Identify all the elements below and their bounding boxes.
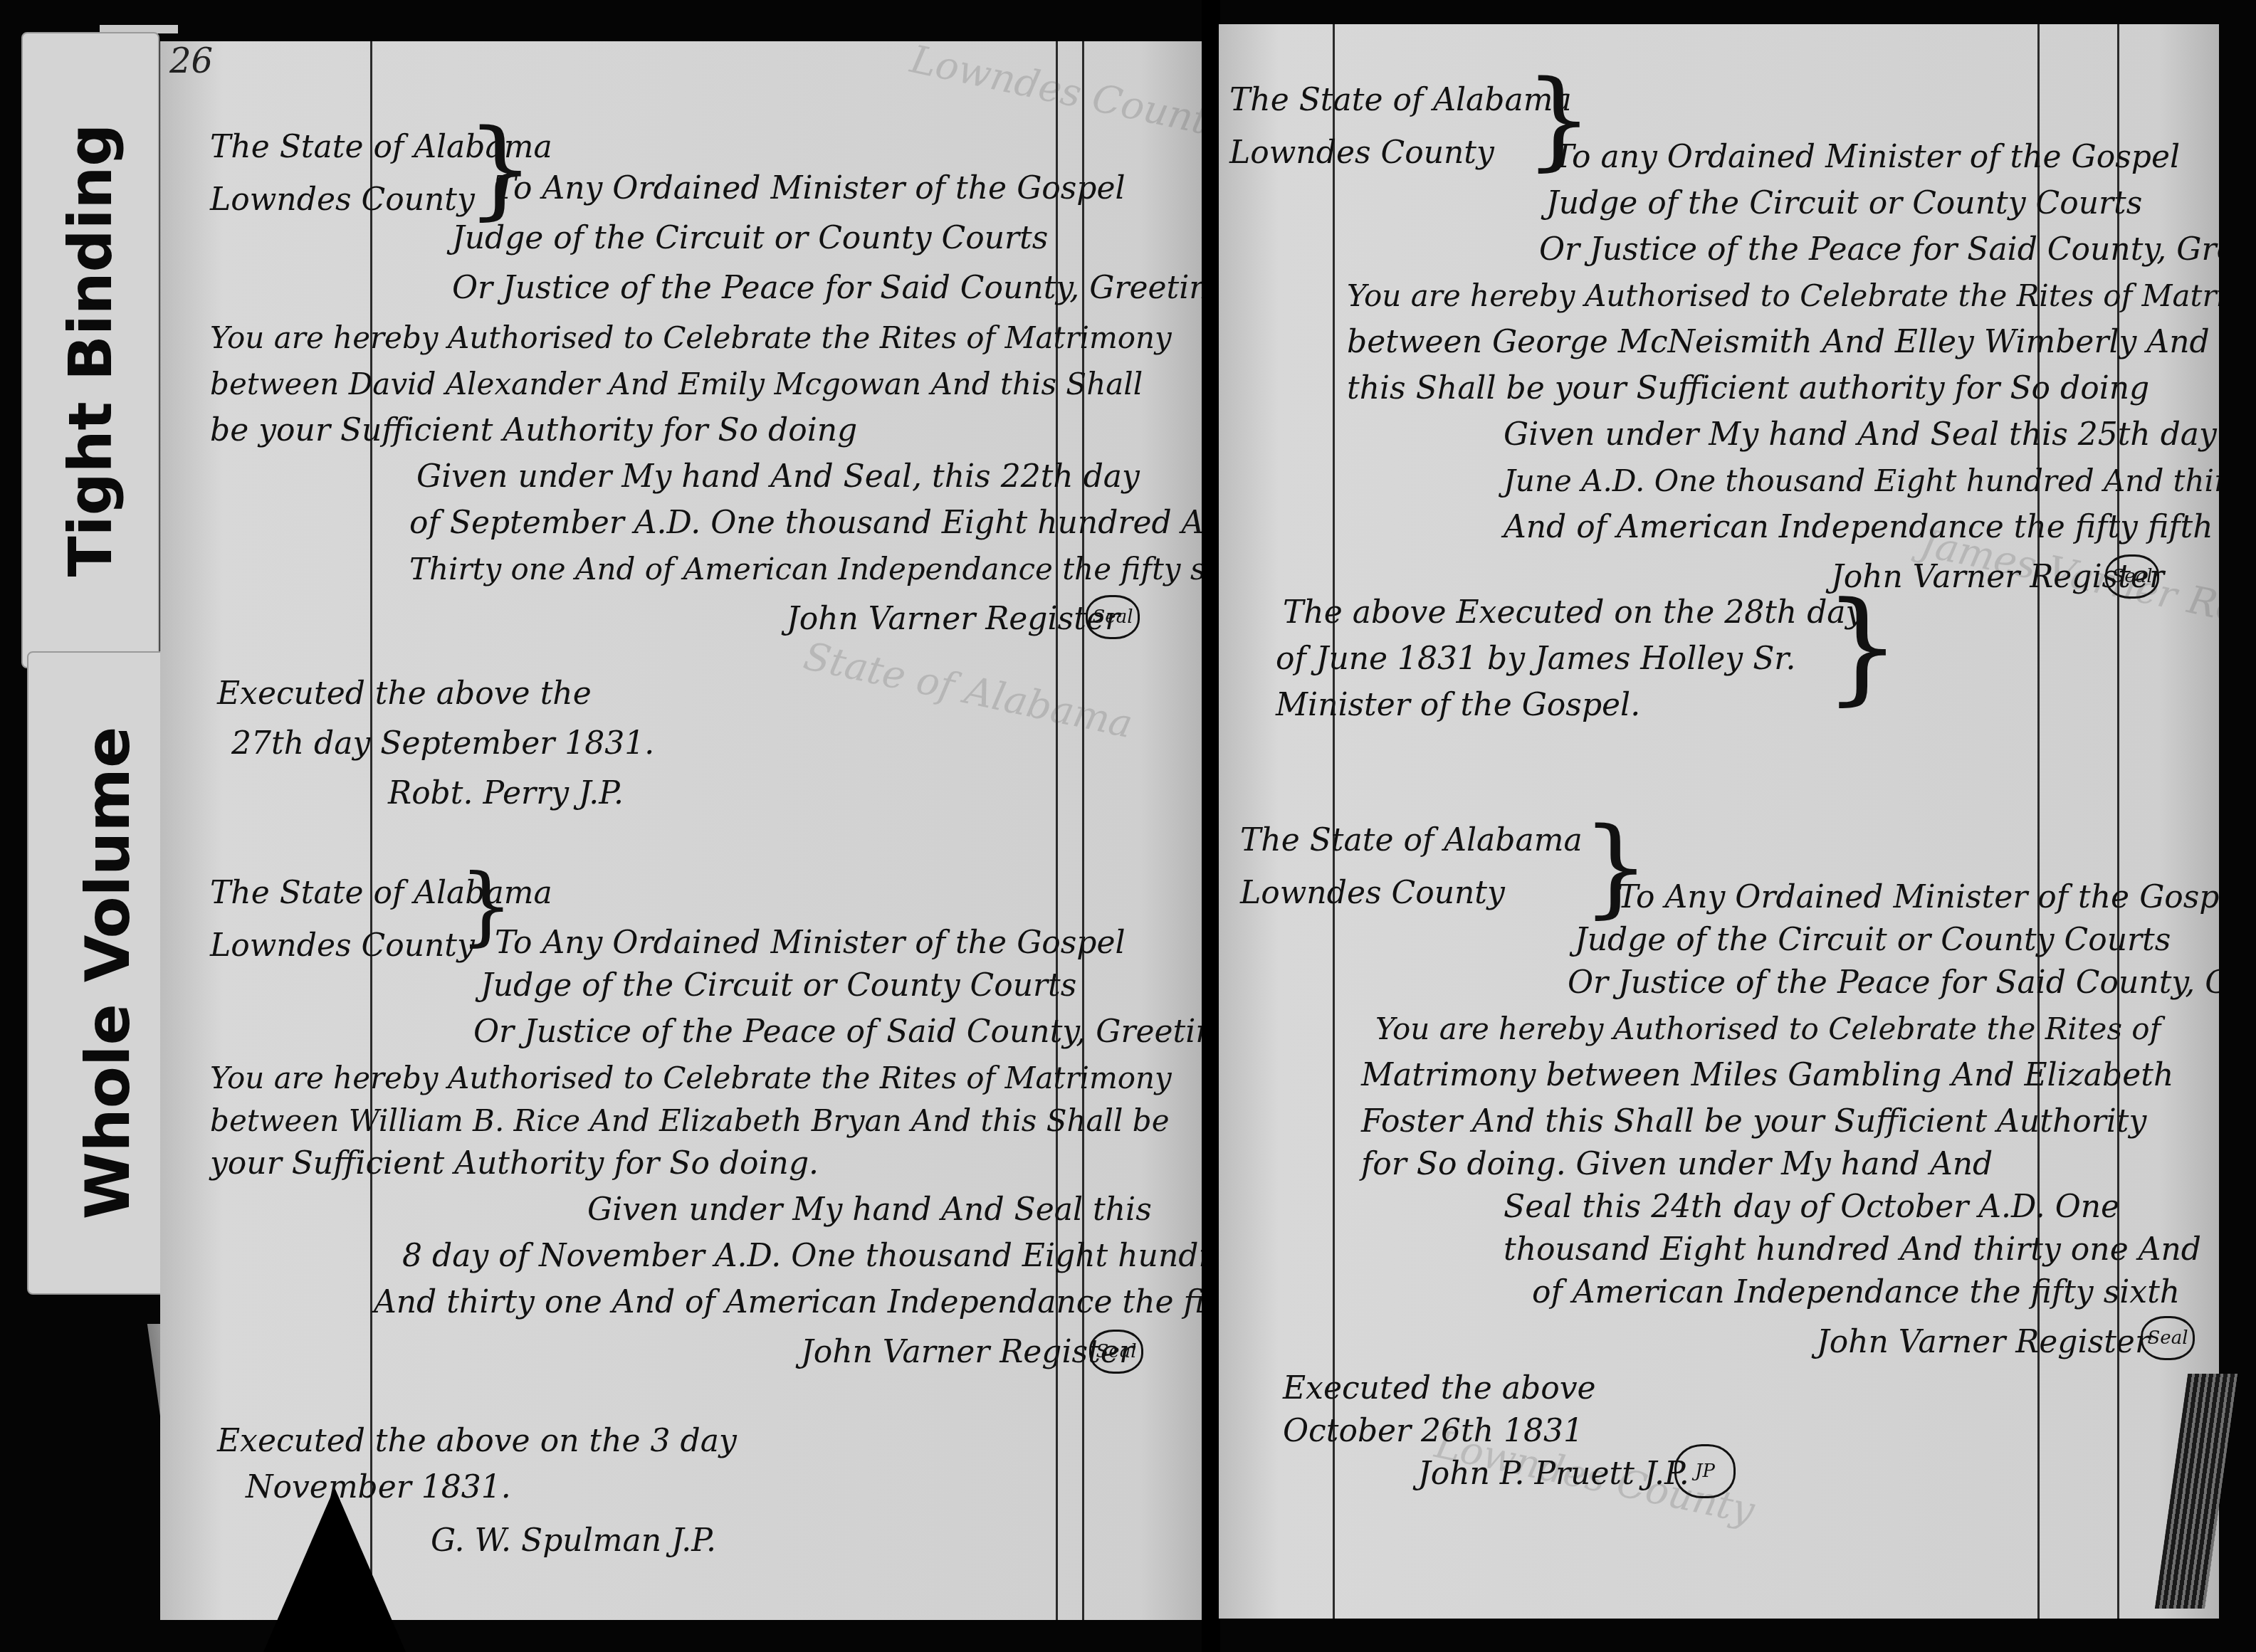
bracket: } [1824,586,1901,707]
body-line: You are hereby Authorised to Celebrate t… [1347,270,2219,322]
couple-line: between George McNeismith And Elley Wimb… [1347,316,2210,369]
record-heading: The State of Alabama Lowndes County [1240,814,1583,920]
address-line: Judge of the Circuit or County Courts [481,959,1076,1012]
tight-binding-label: Tight Binding [56,124,125,577]
officiant-signature: Robt. Perry J.P. [388,767,624,820]
seal-mark: Seal [2105,554,2159,599]
return-line: November 1831. [246,1461,511,1514]
body-line: be your Sufficient Authority for So doin… [210,404,857,457]
date-line: Given under My hand And Seal, this 22th … [416,451,1140,503]
county-line: Lowndes County [1240,867,1583,920]
state-line: The State of Alabama [1240,814,1583,867]
couple-line: Matrimony between Miles Gambling And Eli… [1361,1049,2173,1102]
jp-seal-mark: JP [1674,1444,1736,1498]
return-line: 27th day September 1831. [231,717,654,770]
bleed-through-text: State of Alabama [800,633,1137,747]
date-line: of American Independance the fifty sixth [1532,1266,2180,1319]
register-signature: John Varner Register [1817,1316,2150,1369]
book-gutter [1202,0,1220,1652]
tight-binding-tab: Tight Binding [21,32,159,668]
return-line: The above Executed on the 28th day [1283,586,1863,639]
left-ledger-page: Lowndes County State of Alabama The Stat… [160,41,1203,1620]
page-number: 26 [169,41,213,81]
register-signature: John Varner Register [801,1326,1134,1379]
date-line: 8 day of November A.D. One thousand Eigh… [402,1230,1203,1283]
date-line: Given under My hand And Seal this 25th d… [1504,409,2219,461]
seal-mark: Seal [2141,1316,2195,1360]
address-line: Or Justice of the Peace for Said County,… [1568,957,2219,1009]
officiant-signature: G. W. Spulman J.P. [431,1515,716,1567]
address-line: Or Justice of the Peace of Said County, … [473,1006,1203,1058]
officiant-line: Minister of the Gospel. [1276,679,1640,732]
return-line: Executed the above the [217,668,592,720]
date-line: And thirty one And of American Independa… [374,1276,1203,1329]
county-line: Lowndes County [1229,127,1572,179]
address-line: Or Justice of the Peace for Said County,… [1539,223,2219,276]
couple-line: between David Alexander And Emily Mcgowa… [210,358,1143,411]
date-line: And of American Independance the fifty f… [1504,501,2219,554]
address-line: To any Ordained Minister of the Gospel [1553,131,2180,184]
bleed-through-text: Lowndes County [906,41,1203,148]
date-line: of September A.D. One thousand Eight hun… [409,497,1203,549]
seal-mark: Seal [1089,1330,1143,1374]
officiant-signature: John P. Pruett J.P. [1418,1448,1689,1500]
whole-volume-label: Whole Volume [73,727,145,1220]
return-line: Executed the above on the 3 day [217,1415,737,1468]
address-line: Judge of the Circuit or County Courts [1546,177,2142,230]
return-line: of June 1831 by James Holley Sr. [1276,633,1796,685]
address-line: Or Justice of the Peace for Said County,… [452,262,1203,315]
body-line: You are hereby Authorised to Celebrate t… [210,312,1172,364]
register-signature: John Varner Register [787,593,1120,646]
body-line: this Shall be your Sufficient authority … [1347,362,2149,415]
body-line: You are hereby Authorised to Celebrate t… [1375,1003,2161,1056]
address-line: Judge of the Circuit or County Courts [452,212,1048,265]
record-heading: The State of Alabama Lowndes County [1229,74,1572,179]
date-line: Given under My hand And Seal this [587,1184,1152,1236]
state-line: The State of Alabama [1229,74,1572,127]
body-line: your Sufficient Authority for So doing. [210,1137,819,1190]
seal-mark: Seal [1086,595,1140,639]
address-line: To Any Ordained Minister of the Gospel [495,162,1126,215]
date-line: June A.D. One thousand Eight hundred And… [1504,455,2219,507]
right-ledger-page: James Varner Register Lowndes County The… [1219,24,2219,1619]
date-line: Thirty one And of American Independance … [409,543,1203,596]
margin-rule [370,41,372,1620]
